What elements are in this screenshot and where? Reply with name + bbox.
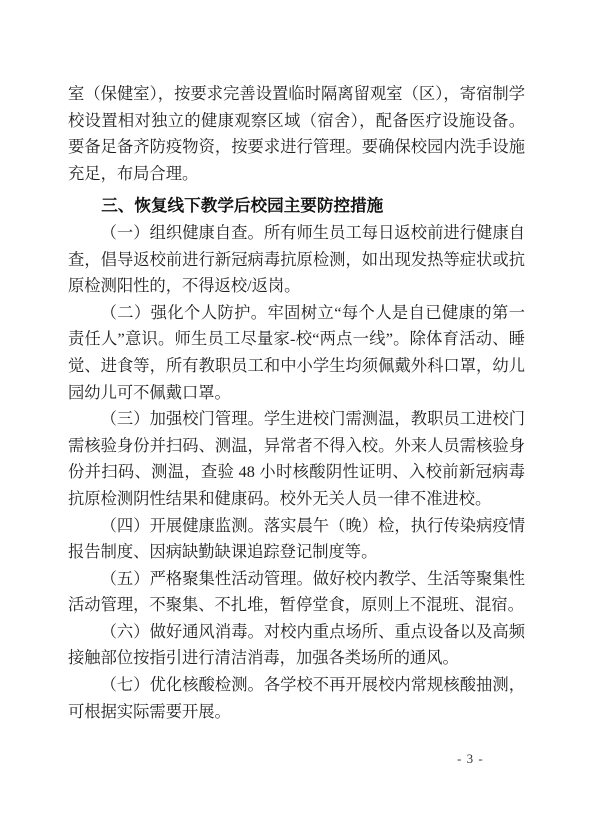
clause-paragraph-2: （二）强化个人防护。牢固树立“每个人是自已健康的第一责任人”意识。师生员工尽量家… xyxy=(68,300,525,406)
clause-paragraph-3: （三）加强校门管理。学生进校门需测温，教职员工进校门需核验身份并扫码、测温，异常… xyxy=(68,406,525,512)
clause-paragraph-1: （一）组织健康自查。所有师生员工每日返校前进行健康自查，倡导返校前进行新冠病毒抗… xyxy=(68,220,525,300)
clause-paragraph-4: （四）开展健康监测。落实晨午（晚）检，执行传染病疫情报告制度、因病缺勤缺课追踪登… xyxy=(68,513,525,566)
document-body: 室（保健室），按要求完善设置临时隔离留观室（区），寄宿制学校设置相对独立的健康观… xyxy=(68,81,525,725)
page-number: - 3 - xyxy=(457,751,499,767)
clause-paragraph-7: （七）优化核酸检测。各学校不再开展校内常规核酸抽测，可根据实际需要开展。 xyxy=(68,672,525,725)
clause-paragraph-5: （五）严格聚集性活动管理。做好校内教学、生活等聚集性活动管理，不聚集、不扎堆，暂… xyxy=(68,566,525,619)
continuation-paragraph: 室（保健室），按要求完善设置临时隔离留观室（区），寄宿制学校设置相对独立的健康观… xyxy=(68,81,525,187)
clause-paragraph-6: （六）做好通风消毒。对校内重点场所、重点设备以及高频接触部位按指引进行清洁消毒，… xyxy=(68,619,525,672)
document-page: 室（保健室），按要求完善设置临时隔离留观室（区），寄宿制学校设置相对独立的健康观… xyxy=(0,0,591,834)
section-heading: 三、恢复线下教学后校园主要防控措施 xyxy=(68,193,525,220)
